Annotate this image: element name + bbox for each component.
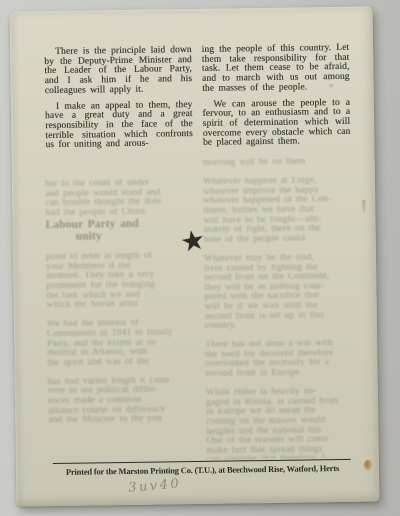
ghost-lines: point to refer at length ofyour Members … <box>46 242 197 426</box>
pamphlet-page: her to the count of underand people woul… <box>10 6 380 506</box>
stain-mark <box>364 460 372 471</box>
ghost-column-left: her to the count of underand people woul… <box>45 159 197 462</box>
paragraph: ing the people of this country. Let them… <box>202 44 350 95</box>
star-icon: ★ <box>178 226 207 257</box>
show-through-text: her to the count of underand people woul… <box>45 157 355 462</box>
paragraph: There is the principle laid down by the … <box>44 46 192 97</box>
printed-text: There is the principle laid down by the … <box>10 6 375 157</box>
paragraph: I make an appeal to them, they have a gr… <box>45 101 193 152</box>
ghost-lines: her to the count of underand people woul… <box>45 159 194 219</box>
handwritten-catalog-number: 3uv40 <box>128 476 182 495</box>
stain-mark <box>362 200 365 213</box>
column-right: ing the people of this country. Let them… <box>202 44 351 155</box>
photo-background: her to the count of underand people woul… <box>0 0 400 516</box>
ghost-column-right: morning will be on themWhatever happens … <box>203 157 355 460</box>
stain-mark <box>329 83 334 88</box>
column-left: There is the principle laid down by the … <box>44 46 193 157</box>
imprint-text: Printed for the Marston Printing Co. (T.… <box>44 463 361 477</box>
ghost-lines: morning will be on themWhatever happens … <box>203 157 355 462</box>
paragraph: We can arouse the people to a fervour, t… <box>202 98 350 149</box>
ghost-line: and the Moscow to the you <box>48 414 196 426</box>
